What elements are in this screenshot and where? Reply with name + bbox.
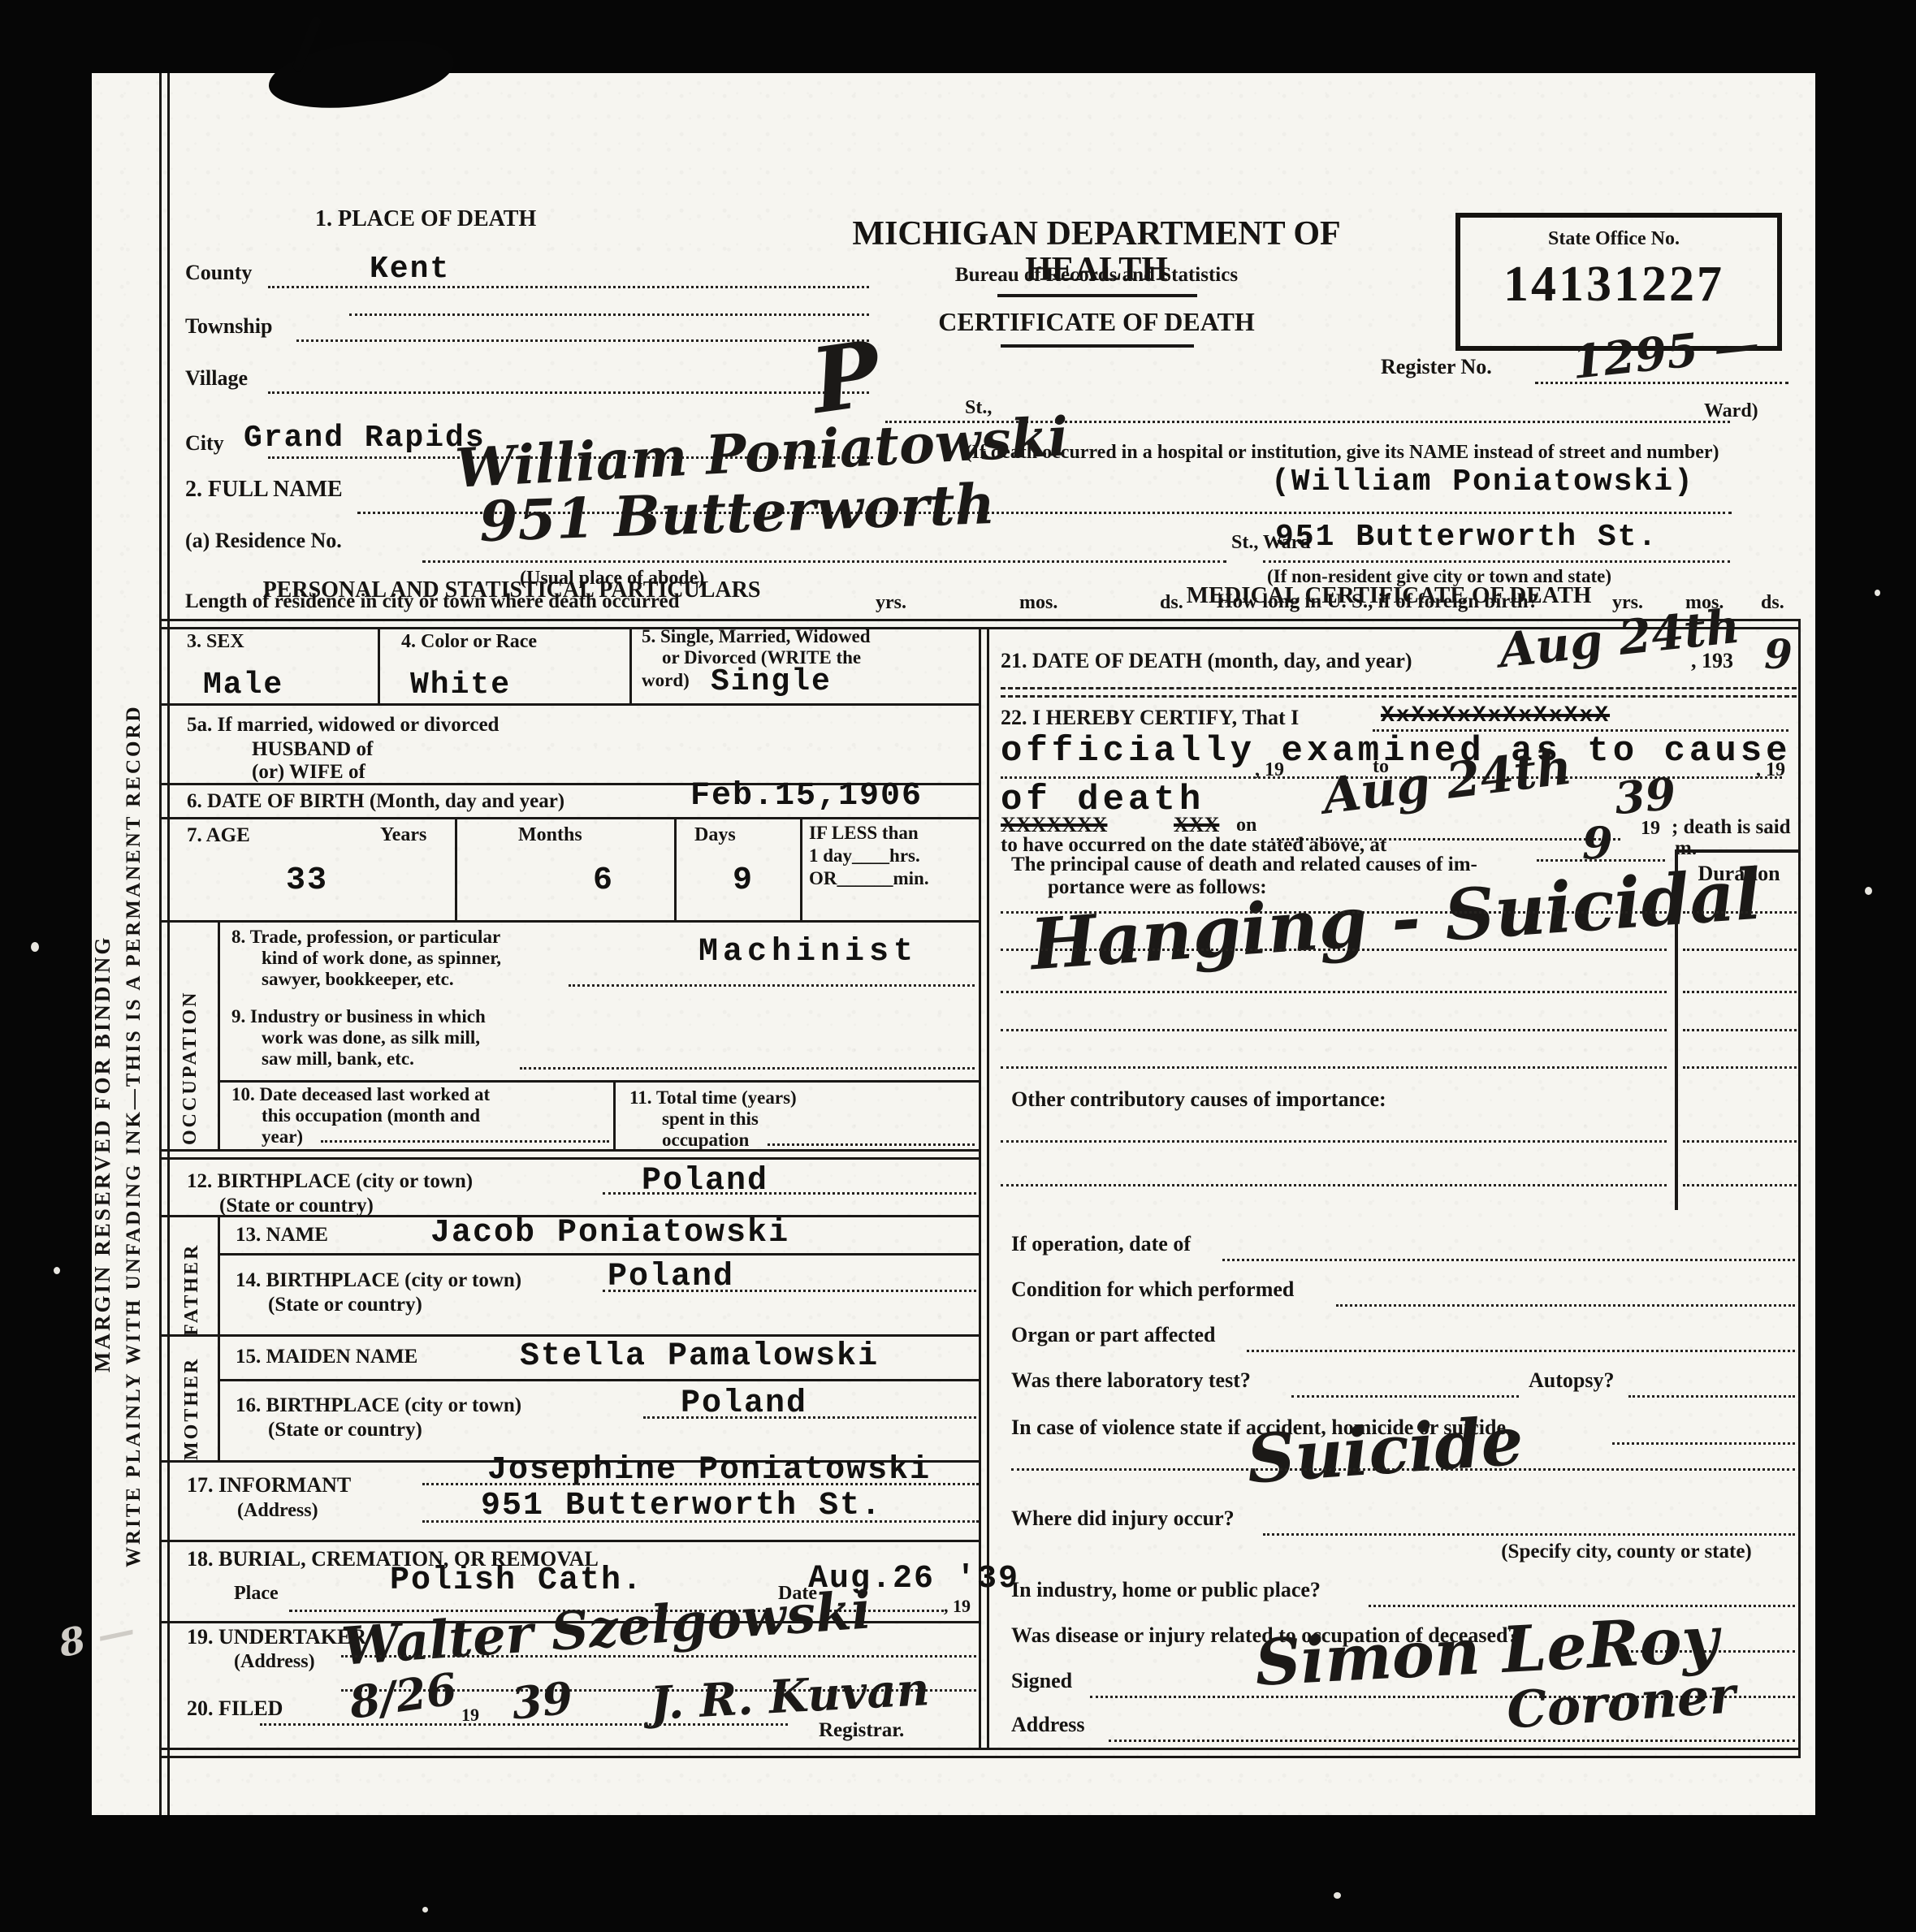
full-name-label: 2. FULL NAME bbox=[185, 478, 343, 501]
father-bp-state-label: (State or country) bbox=[268, 1294, 422, 1316]
cause-line-4 bbox=[1001, 1029, 1667, 1031]
frag-19a: , 19 bbox=[1255, 760, 1284, 780]
father-name-value: Jacob Poniatowski bbox=[430, 1215, 789, 1251]
marital-value: Single bbox=[711, 664, 832, 699]
full-name-typed: (William Poniatowski) bbox=[1271, 465, 1694, 499]
filed-year-handwritten: 39 bbox=[509, 1671, 575, 1730]
burial-place-value: Polish Cath. bbox=[390, 1562, 643, 1599]
trade-label-3: sawyer, bookkeeper, etc. bbox=[262, 970, 454, 989]
mother-bp-state-label: (State or country) bbox=[268, 1420, 422, 1441]
length-yrs: yrs. bbox=[876, 593, 906, 613]
injury-line bbox=[1263, 1533, 1795, 1536]
village-line bbox=[268, 391, 869, 394]
other-line-1r bbox=[1683, 1140, 1797, 1143]
city-label: City bbox=[185, 432, 224, 454]
maiden-value: Stella Pamalowski bbox=[520, 1338, 879, 1375]
trade-label-2: kind of work done, as spinner, bbox=[262, 949, 501, 968]
certify-struck-text: XxXxXxXxXxXxXxX bbox=[1381, 703, 1610, 728]
lab-test-label: Was there laboratory test? bbox=[1011, 1369, 1251, 1391]
filed-year-printed: 19 bbox=[461, 1705, 479, 1724]
father-bottom-rule bbox=[159, 1334, 981, 1337]
duration-top-rule bbox=[1675, 849, 1798, 853]
autopsy-label: Autopsy? bbox=[1529, 1369, 1614, 1391]
occupation-inner-divider bbox=[218, 920, 220, 1152]
item5a-wife: (or) WIFE of bbox=[252, 762, 365, 783]
cause-line-2 bbox=[1001, 949, 1667, 951]
birthplace-label: 12. BIRTHPLACE (city or town) bbox=[187, 1171, 473, 1192]
margin-permanent-text: WRITE PLAINLY WITH UNFADING INK—THIS IS … bbox=[123, 300, 145, 1567]
cause-line-1r bbox=[1683, 911, 1797, 914]
totaltime-label-2: spent in this bbox=[662, 1109, 759, 1129]
age-divider-3 bbox=[800, 817, 802, 923]
time-handwritten: 9 bbox=[1582, 817, 1613, 869]
cause-line-3 bbox=[1001, 991, 1667, 993]
sex-label: 3. SEX bbox=[187, 632, 244, 652]
dod-rule-1 bbox=[1001, 687, 1797, 689]
autopsy-line bbox=[1628, 1395, 1795, 1398]
violent-line-2 bbox=[1011, 1468, 1795, 1471]
industry-label-1: 9. Industry or business in which bbox=[231, 1007, 486, 1027]
uslength-ds: ds. bbox=[1761, 593, 1784, 613]
lastworked-line bbox=[321, 1140, 609, 1143]
industry-place-line bbox=[1369, 1605, 1795, 1607]
mother-bp-line bbox=[643, 1416, 976, 1419]
item5a-husband: HUSBAND of bbox=[252, 739, 373, 760]
totaltime-label-3: occupation bbox=[662, 1130, 749, 1150]
city-value: Grand Rapids bbox=[244, 421, 486, 456]
marital-label-1: 5. Single, Married, Widowed bbox=[642, 627, 871, 646]
condition-line bbox=[1336, 1304, 1795, 1307]
years-label: Years bbox=[380, 825, 426, 845]
lab-test-line bbox=[1291, 1395, 1519, 1398]
father-side-label: FATHER bbox=[182, 1222, 202, 1336]
organ-label: Organ or part affected bbox=[1011, 1324, 1216, 1346]
ward-label: Ward) bbox=[1704, 401, 1758, 421]
cause-line-3r bbox=[1683, 991, 1797, 993]
bureau-subtitle: Bureau of Records and Statistics bbox=[812, 265, 1381, 286]
cause-line-2r bbox=[1683, 949, 1797, 951]
certify-label: 22. I HEREBY CERTIFY, That I bbox=[1001, 707, 1299, 728]
scan-speck bbox=[1875, 590, 1880, 596]
mother-side-label: MOTHER bbox=[182, 1346, 202, 1460]
scan-speck bbox=[1865, 887, 1872, 895]
lastworked-label-1: 10. Date deceased last worked at bbox=[231, 1085, 490, 1104]
father-bp-label: 14. BIRTHPLACE (city or town) bbox=[236, 1270, 521, 1291]
residence-line-right bbox=[1263, 560, 1730, 563]
industry-line bbox=[520, 1067, 975, 1070]
residence-typed: 951 Butterworth St. bbox=[1275, 520, 1658, 555]
totaltime-label-1: 11. Total time (years) bbox=[629, 1088, 797, 1108]
county-line bbox=[268, 286, 869, 288]
certificate-title: CERTIFICATE OF DEATH bbox=[812, 309, 1381, 336]
form-left-border bbox=[159, 73, 170, 1815]
informant-line-2 bbox=[422, 1520, 979, 1523]
sex-value: Male bbox=[203, 668, 283, 702]
item5a-label: 5a. If married, widowed or divorced bbox=[187, 715, 499, 736]
totaltime-line bbox=[768, 1143, 975, 1146]
mother-mid-rule bbox=[218, 1379, 981, 1381]
occupation-side-label: OCCUPATION bbox=[180, 934, 201, 1145]
days-label: Days bbox=[694, 825, 736, 845]
address-line bbox=[1109, 1740, 1795, 1742]
lastworked-label-3: year) bbox=[262, 1127, 303, 1147]
form-right-border bbox=[1798, 621, 1801, 1758]
mother-bp-label: 16. BIRTHPLACE (city or town) bbox=[236, 1395, 521, 1416]
ifless-line-1: IF LESS than bbox=[809, 823, 919, 843]
village-label: Village bbox=[185, 367, 248, 389]
residence-line-left bbox=[422, 560, 1226, 563]
trade-line bbox=[569, 984, 975, 987]
cert-year-handwritten: 39 bbox=[1612, 767, 1677, 824]
dod-rule-2 bbox=[1001, 695, 1797, 698]
lastworked-label-2: this occupation (month and bbox=[262, 1106, 480, 1126]
ifless-line-3: OR______min. bbox=[809, 869, 929, 888]
informant-label: 17. INFORMANT bbox=[187, 1474, 351, 1496]
age-days-value: 9 bbox=[733, 862, 754, 899]
county-label: County bbox=[185, 261, 252, 283]
violent-line-1 bbox=[1612, 1442, 1795, 1445]
frag-on: on bbox=[1236, 815, 1256, 836]
death-said-label: ; death is said bbox=[1672, 817, 1791, 838]
dod-year-handwritten: 9 bbox=[1764, 630, 1793, 678]
register-label: Register No. bbox=[1381, 356, 1492, 378]
cause-line-5 bbox=[1001, 1066, 1667, 1069]
birthplace-state-label: (State or country) bbox=[219, 1195, 374, 1217]
trade-value: Machinist bbox=[698, 934, 918, 970]
certificate-underline bbox=[1001, 344, 1194, 348]
dob-label: 6. DATE OF BIRTH (Month, day and year) bbox=[187, 791, 564, 812]
informant-address-value: 951 Butterworth St. bbox=[481, 1488, 882, 1524]
signed-label: Signed bbox=[1011, 1670, 1072, 1692]
informant-line-1 bbox=[422, 1483, 979, 1485]
specify-label: (Specify city, county or state) bbox=[1454, 1541, 1799, 1562]
county-value: Kent bbox=[370, 252, 450, 287]
burial-place-label: Place bbox=[234, 1584, 279, 1604]
dod-label: 21. DATE OF DEATH (month, day, and year) bbox=[1001, 650, 1412, 672]
condition-label: Condition for which performed bbox=[1011, 1278, 1294, 1300]
margin-binding-text: MARGIN RESERVED FOR BINDING bbox=[91, 349, 114, 1372]
undertaker-label: 19. UNDERTAKER bbox=[187, 1626, 366, 1648]
township-line bbox=[296, 339, 869, 342]
burial-year-prefix: , 19 bbox=[944, 1597, 971, 1615]
informant-bottom-rule bbox=[159, 1540, 981, 1542]
color-value: White bbox=[410, 668, 511, 702]
birthplace-line bbox=[603, 1192, 976, 1195]
scan-speck bbox=[31, 942, 39, 952]
age-months-value: 6 bbox=[593, 862, 614, 899]
row345-bottom-rule bbox=[159, 703, 981, 706]
undertaker-address-label: (Address) bbox=[234, 1652, 315, 1672]
row7-bottom-rule bbox=[159, 920, 981, 923]
operation-line bbox=[1222, 1259, 1795, 1261]
row6-bottom-rule bbox=[159, 817, 981, 819]
other-line-1 bbox=[1001, 1140, 1667, 1143]
form-bottom-double-rule bbox=[159, 1748, 1801, 1758]
state-office-number: 14131227 bbox=[1462, 258, 1766, 311]
trade-label-1: 8. Trade, profession, or particular bbox=[231, 927, 500, 947]
undertaker-line-1 bbox=[341, 1655, 976, 1658]
cause-line-4r bbox=[1683, 1029, 1797, 1031]
operation-label: If operation, date of bbox=[1011, 1233, 1191, 1255]
struck-2: XXXXXXX bbox=[1001, 814, 1107, 836]
state-office-label: State Office No. bbox=[1462, 229, 1766, 249]
scanned-death-certificate: MARGIN RESERVED FOR BINDING WRITE PLAINL… bbox=[0, 0, 1916, 1932]
row345-divider-1 bbox=[378, 627, 380, 705]
age-divider-1 bbox=[455, 817, 457, 923]
struck-3: XXX bbox=[1174, 814, 1219, 836]
ifless-line-2: 1 day____hrs. bbox=[809, 846, 920, 866]
filed-line bbox=[260, 1723, 788, 1726]
age-divider-2 bbox=[674, 817, 677, 923]
organ-line bbox=[1247, 1350, 1795, 1352]
dod-year-printed: , 193 bbox=[1691, 650, 1733, 672]
medical-title: MEDICAL CERTIFICATE OF DEATH bbox=[1072, 583, 1706, 607]
color-label: 4. Color or Race bbox=[401, 632, 537, 652]
maiden-label: 15. MAIDEN NAME bbox=[236, 1346, 417, 1368]
scan-speck bbox=[54, 1267, 60, 1274]
place-of-death-heading: 1. PLACE OF DEATH bbox=[315, 207, 536, 231]
months-label: Months bbox=[518, 825, 582, 845]
informant-address-label: (Address) bbox=[237, 1501, 318, 1521]
bureau-underline bbox=[997, 294, 1197, 297]
register-line bbox=[1535, 382, 1788, 384]
row1011-divider bbox=[613, 1080, 616, 1152]
other-causes-label: Other contributory causes of importance: bbox=[1011, 1088, 1386, 1110]
other-line-2 bbox=[1001, 1184, 1667, 1186]
township-label: Township bbox=[185, 315, 272, 337]
cause-line-5r bbox=[1683, 1066, 1797, 1069]
father-name-label: 13. NAME bbox=[236, 1225, 328, 1246]
residence-label: (a) Residence No. bbox=[185, 529, 342, 551]
principal-line-1: The principal cause of death and related… bbox=[1011, 854, 1477, 875]
marital-label-3: word) bbox=[642, 671, 690, 690]
cause-line-1 bbox=[1001, 911, 1667, 914]
scan-speck bbox=[1334, 1892, 1341, 1899]
industry-place-label: In industry, home or public place? bbox=[1011, 1579, 1321, 1601]
other-line-2r bbox=[1683, 1184, 1797, 1186]
frag-19b: , 19 bbox=[1756, 760, 1785, 780]
dob-value: Feb.15,1906 bbox=[690, 778, 923, 815]
injury-label: Where did injury occur? bbox=[1011, 1507, 1235, 1529]
address-label: Address bbox=[1011, 1714, 1085, 1735]
occupation-bottom-rule bbox=[159, 1149, 981, 1160]
personal-title: PERSONAL AND STATISTICAL PARTICULARS bbox=[244, 578, 780, 602]
registrar-label: Registrar. bbox=[819, 1720, 904, 1741]
county-line-2 bbox=[349, 313, 869, 316]
mother-inner-divider bbox=[218, 1334, 220, 1460]
row1011-top-rule bbox=[218, 1080, 981, 1083]
scan-speck bbox=[422, 1907, 428, 1913]
age-years-value: 33 bbox=[286, 862, 328, 899]
father-bp-line bbox=[603, 1290, 976, 1292]
industry-label-3: saw mill, bank, etc. bbox=[262, 1049, 414, 1069]
row345-divider-2 bbox=[629, 627, 632, 705]
length-mos: mos. bbox=[1019, 593, 1057, 613]
filed-label: 20. FILED bbox=[187, 1697, 283, 1719]
father-inner-divider bbox=[218, 1215, 220, 1337]
age-label: 7. AGE bbox=[187, 825, 250, 846]
father-mid-rule bbox=[218, 1253, 981, 1256]
industry-label-2: work was done, as silk mill, bbox=[262, 1028, 480, 1048]
